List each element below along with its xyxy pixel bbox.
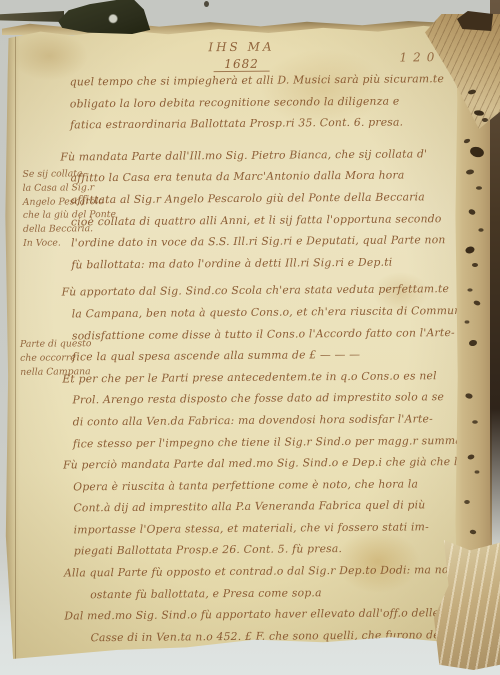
manuscript-line: fatica estraordinaria Ballottata Prosp.r… <box>70 111 456 136</box>
leather-binding-flap <box>58 0 164 34</box>
paragraph: Dal med.mo Sig. Sind.o fù apportato have… <box>74 602 460 649</box>
manuscript-line: fù ballottata: ma dato l'ordine à detti … <box>71 251 457 276</box>
manuscript-photo: IHS MA 1682 120 Se sij collata la Casa a… <box>0 0 500 675</box>
page-number: 120 <box>399 50 440 64</box>
leather-binding-strip <box>0 11 64 22</box>
manuscript-line: Casse di in Ven.ta n.o 452. £ F. che son… <box>90 624 460 649</box>
paragraph: quel tempo che si impiegherà et alli D. … <box>70 68 457 136</box>
header-monogram: IHS MA <box>191 39 291 54</box>
manuscript-text: quel tempo che si impiegherà et alli D. … <box>70 68 461 649</box>
paragraph: Alla qual Parte fù opposto et contrad.o … <box>74 559 460 606</box>
manuscript-page: IHS MA 1682 120 Se sij collata la Casa a… <box>4 24 460 664</box>
debris-speck <box>204 1 209 7</box>
paragraph: Fù apportato dal Sig. Sind.co Scola ch'e… <box>71 278 458 368</box>
page-content: IHS MA 1682 120 Se sij collata la Casa a… <box>1 22 463 666</box>
paragraph: Et per che per le Parti prese antecedent… <box>72 365 460 563</box>
paragraph: Fù mandata Parte dall'Ill.mo Sig. Pietro… <box>70 143 457 276</box>
